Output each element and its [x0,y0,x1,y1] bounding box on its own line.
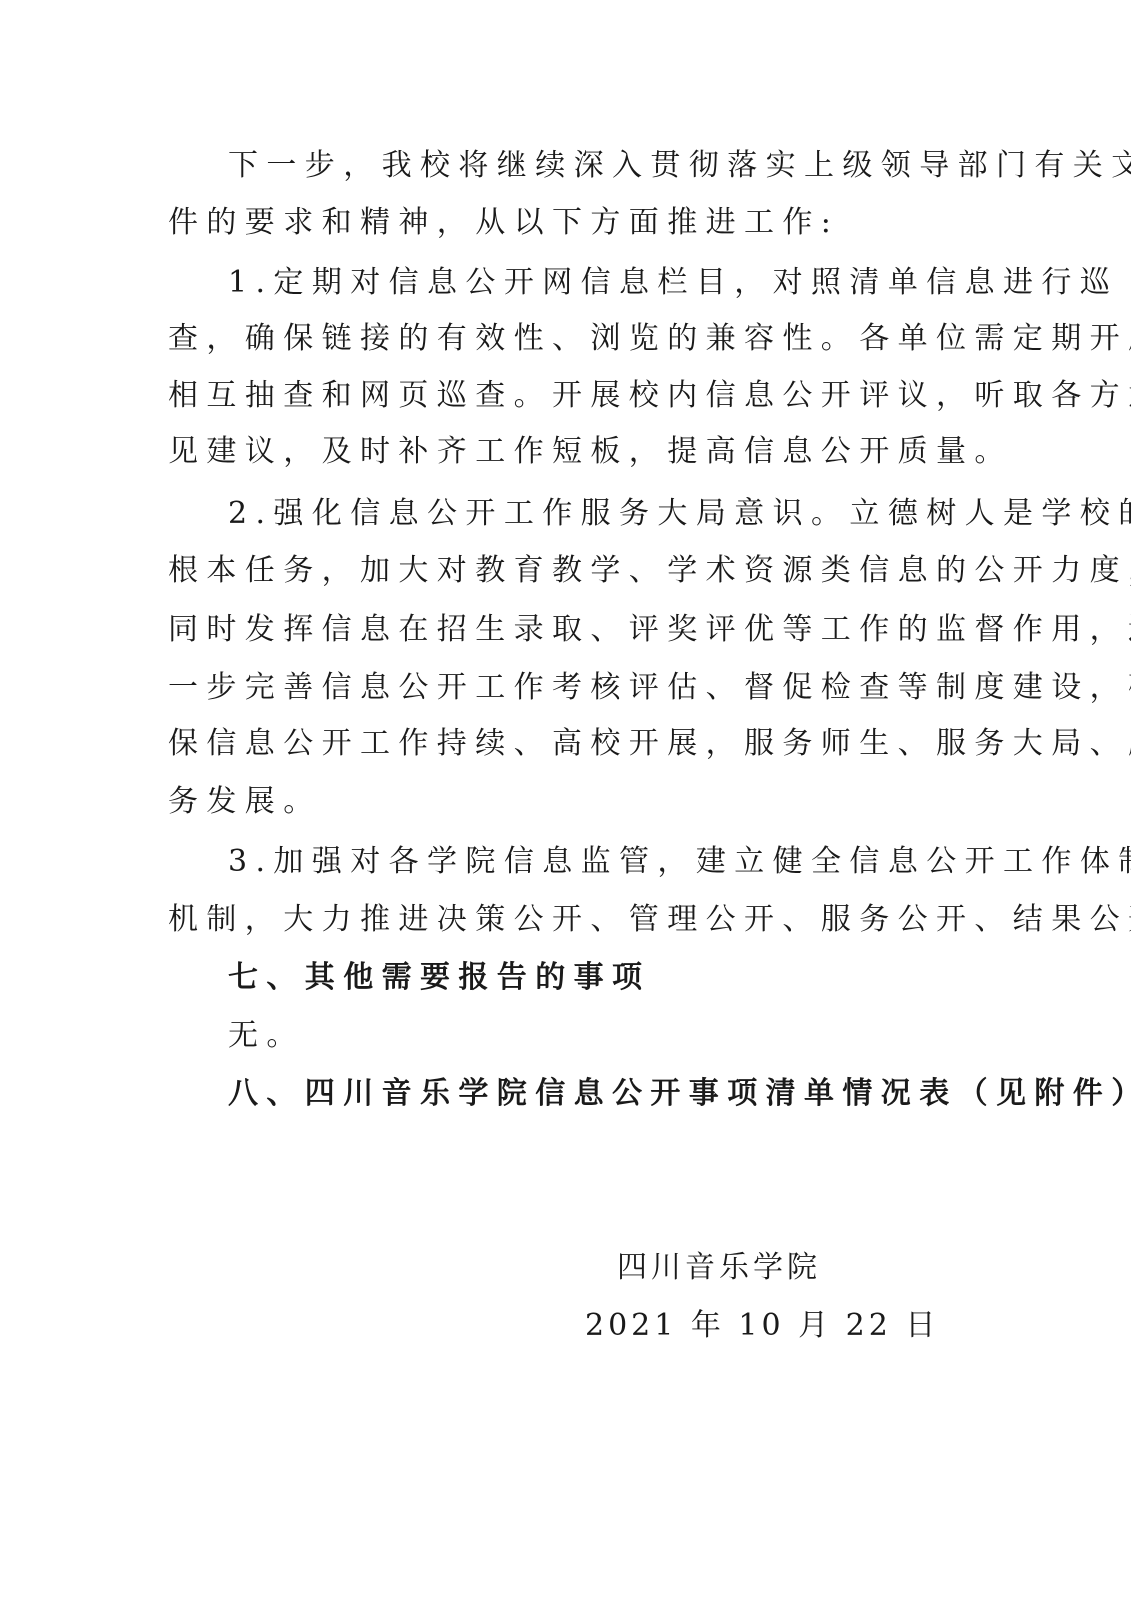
item-1-line-1: 1.定期对信息公开网信息栏目，对照清单信息进行巡 [228,263,948,303]
item-2-line-6: 务发展。 [168,782,948,822]
item-2-line-4: 一步完善信息公开工作考核评估、督促检查等制度建设，确 [168,668,948,708]
intro-line-1: 下一步，我校将继续深入贯彻落实上级领导部门有关文 [228,146,948,186]
item-1-line-4: 见建议，及时补齐工作短板，提高信息公开质量。 [168,432,948,472]
item-2-line-5: 保信息公开工作持续、高校开展，服务师生、服务大局、服 [168,724,948,764]
item-1-line-2: 查，确保链接的有效性、浏览的兼容性。各单位需定期开展 [168,319,948,359]
section-7-heading: 七、其他需要报告的事项 [228,958,948,998]
item-3-line-2: 机制，大力推进决策公开、管理公开、服务公开、结果公开。 [168,900,948,940]
document-page: 下一步，我校将继续深入贯彻落实上级领导部门有关文 件的要求和精神，从以下方面推进… [0,0,1131,1600]
section-7-body: 无。 [228,1016,948,1056]
intro-line-2: 件的要求和精神，从以下方面推进工作: [168,203,948,243]
item-2-line-1: 2.强化信息公开工作服务大局意识。立德树人是学校的 [228,494,948,534]
signature-organization: 四川音乐学院 [617,1248,821,1288]
signature-date: 2021 年 10 月 22 日 [585,1306,939,1346]
item-1-line-3: 相互抽查和网页巡查。开展校内信息公开评议，听取各方意 [168,376,948,416]
item-2-line-2: 根本任务，加大对教育教学、学术资源类信息的公开力度， [168,551,948,591]
section-8-heading: 八、四川音乐学院信息公开事项清单情况表（见附件） [228,1074,948,1114]
item-3-line-1: 3.加强对各学院信息监管，建立健全信息公开工作体制 [228,842,948,882]
item-2-line-3: 同时发挥信息在招生录取、评奖评优等工作的监督作用，进 [168,610,948,650]
